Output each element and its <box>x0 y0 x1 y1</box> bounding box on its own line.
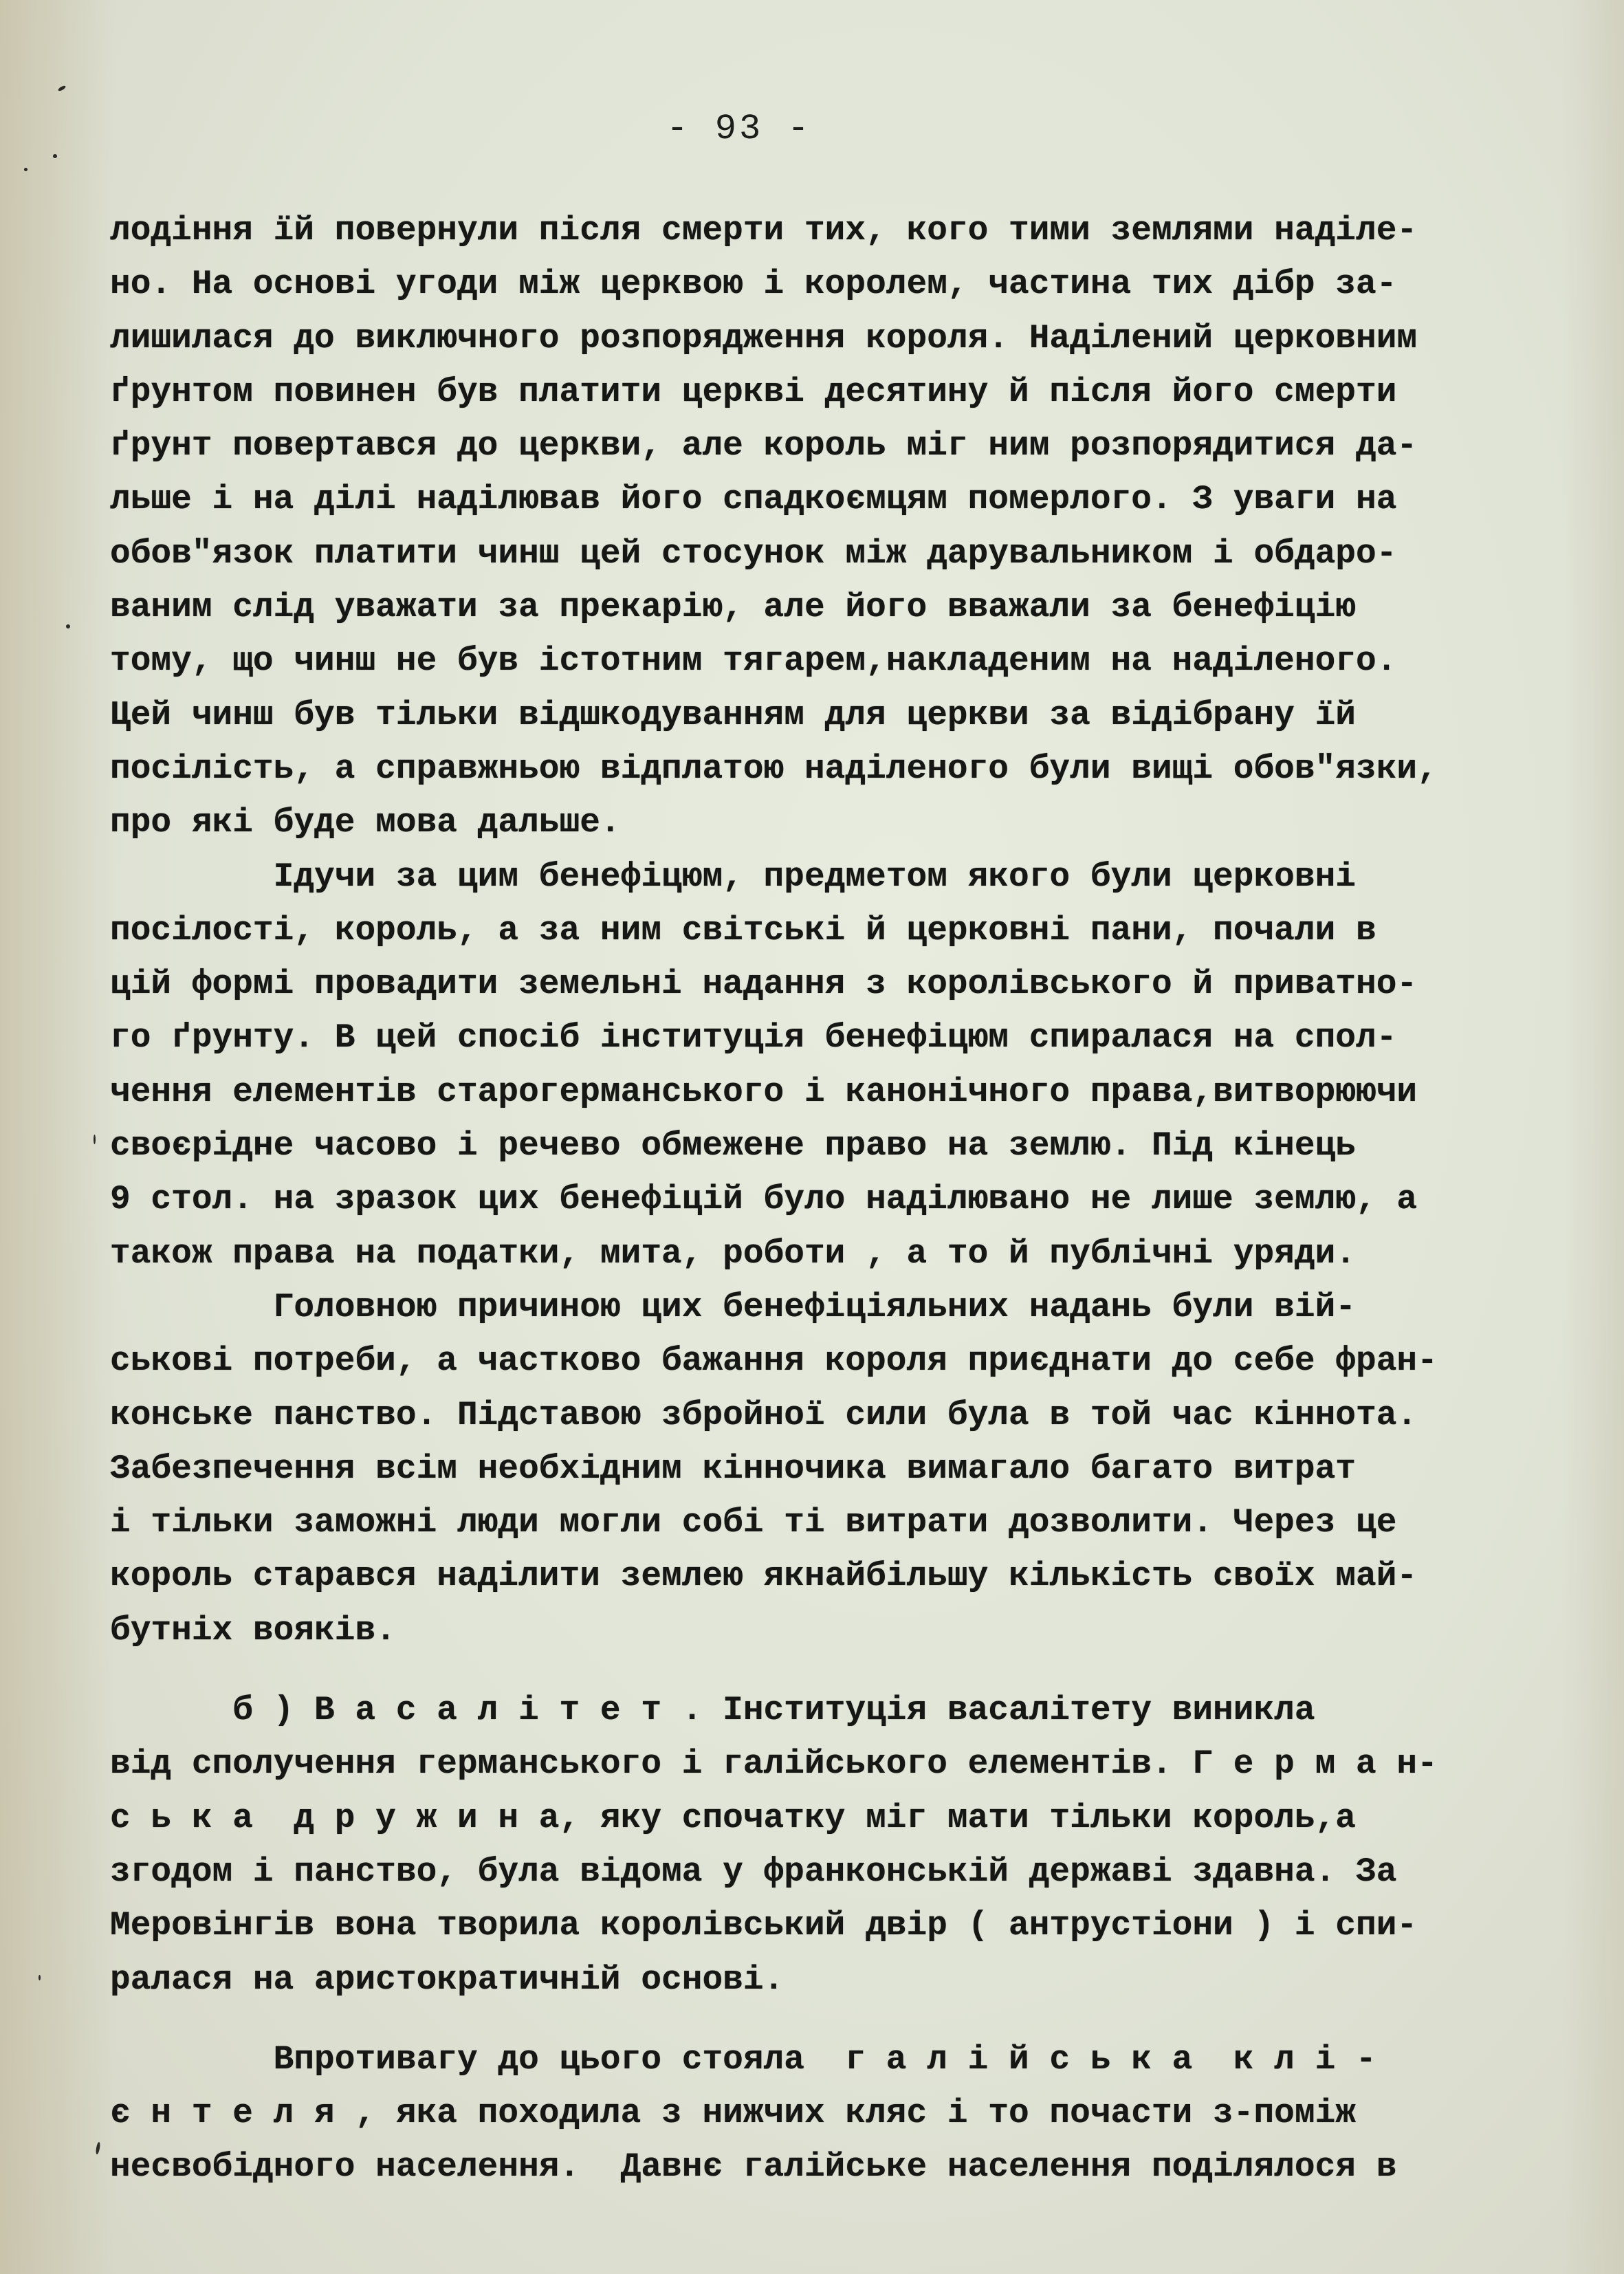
text-line: цій формі провадити земельні надання з к… <box>110 957 1588 1011</box>
text-line: також права на податки, мита, роботи , а… <box>110 1227 1588 1280</box>
text-line: і тільки заможні люди могли собі ті витр… <box>110 1496 1588 1549</box>
text-line: посілість, а справжньою відплатою наділе… <box>110 742 1588 796</box>
page-number: - 93 - <box>0 109 1478 149</box>
text-line: тому, що чинш не був істотним тягарем,на… <box>110 634 1588 688</box>
text-line: Меровінгів вона творила королівський дві… <box>110 1899 1588 1952</box>
text-line: є н т е л я , яка походила з нижчих кляс… <box>110 2086 1588 2140</box>
text-line: Впротивагу до цього стояла г а л і й с ь… <box>110 2033 1588 2086</box>
text-line: ваним слід уважати за прекарію, але його… <box>110 580 1588 634</box>
text-line: льше і на ділі наділював його спадкоємця… <box>110 472 1588 526</box>
ink-speck <box>53 154 57 158</box>
text-line: го ґрунту. В цей спосіб інституція бенеф… <box>110 1011 1588 1064</box>
text-line: своєрідне часово і речево обмежене право… <box>110 1119 1588 1172</box>
text-line: конське панство. Підставою збройної сили… <box>110 1388 1588 1442</box>
document-text-body: лодіння їй повернули після смерти тих, к… <box>110 204 1588 2194</box>
text-line: Головною причиною цих бенефіціяльних над… <box>110 1280 1588 1334</box>
text-line: згодом і панство, була відома у франконс… <box>110 1845 1588 1899</box>
text-line: но. На основі угоди між церквою і короле… <box>110 257 1588 311</box>
text-line: чення елементів старогерманського і кано… <box>110 1065 1588 1119</box>
page-edge-shadow-left <box>0 0 117 2274</box>
text-line: б ) В а с а л і т е т . Інституція васал… <box>110 1683 1588 1737</box>
text-line: несвобідного населення. Давнє галійське … <box>110 2140 1588 2194</box>
text-line: лишилася до виключного розпорядження кор… <box>110 311 1588 365</box>
text-line: ськові потреби, а частково бажання корол… <box>110 1334 1588 1388</box>
ink-speck <box>94 1135 96 1144</box>
text-line: Забезпечення всім необхідним кінночика в… <box>110 1442 1588 1496</box>
text-line: про які буде мова дальше. <box>110 796 1588 849</box>
ink-speck <box>24 168 28 171</box>
text-line: ґрунтом повинен був платити церкві десят… <box>110 365 1588 419</box>
text-line <box>110 1657 1588 1683</box>
text-line: король старався наділити землею якнайбіл… <box>110 1549 1588 1603</box>
text-line: бутніх вояків. <box>110 1604 1588 1657</box>
text-line: від сполучення германського і галійськог… <box>110 1737 1588 1791</box>
text-line: обов"язок платити чинш цей стосунок між … <box>110 527 1588 580</box>
ink-speck <box>66 624 70 628</box>
text-line: посілості, король, а за ним світські й ц… <box>110 904 1588 957</box>
text-line: ґрунт повертався до церкви, але король м… <box>110 419 1588 472</box>
text-line: с ь к а д р у ж и н а, яку спочатку міг … <box>110 1791 1588 1845</box>
text-line: лодіння їй повернули після смерти тих, к… <box>110 204 1588 257</box>
text-line: 9 стол. на зразок цих бенефіцій було над… <box>110 1172 1588 1226</box>
text-line: ралася на аристократичній основі. <box>110 1953 1588 2007</box>
text-line: Ідучи за цим бенефіцюм, предметом якого … <box>110 850 1588 904</box>
text-line <box>110 2007 1588 2033</box>
text-line: Цей чинш був тільки відшкодуванням для ц… <box>110 688 1588 742</box>
ink-speck <box>39 1975 41 1980</box>
